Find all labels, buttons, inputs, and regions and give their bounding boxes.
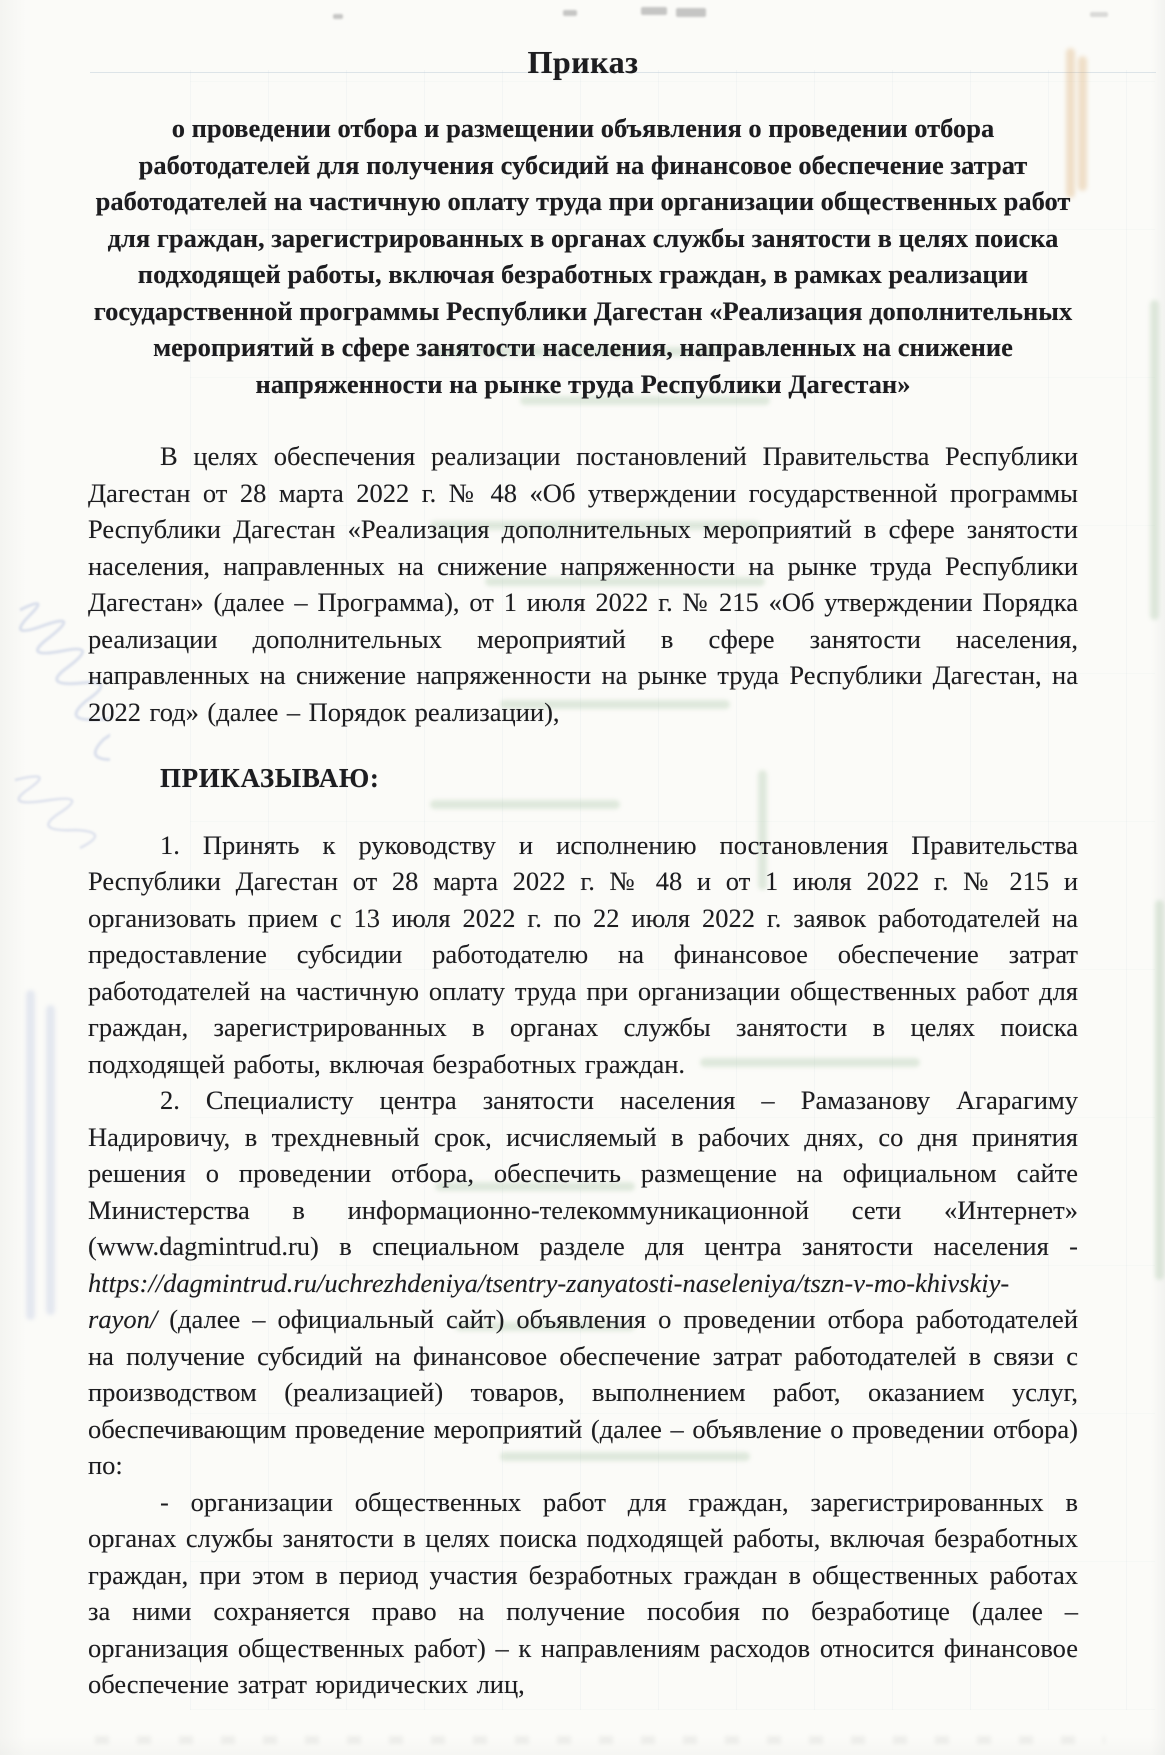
order-item-2-tail: (далее – официальный сайт) объявления о … — [88, 1304, 1078, 1480]
bleed-text-smudge — [1155, 900, 1164, 1280]
ink-smudge — [563, 10, 577, 16]
bleed-text-smudge-blue — [26, 990, 35, 1320]
order-item-1: 1. Принять к руководству и исполнению по… — [88, 827, 1078, 1083]
resolution-heading: ПРИКАЗЫВАЮ: — [88, 760, 1078, 797]
document-content: Приказ о проведении отбора и размещении … — [88, 42, 1078, 1703]
intro-paragraph: В целях обеспечения реализации постановл… — [88, 438, 1078, 730]
bleed-text-smudge-orange — [1078, 56, 1087, 191]
ink-smudge — [676, 8, 706, 17]
bleed-text-smudge-blue — [46, 1005, 55, 1315]
document-subject: о проведении отбора и размещении объявле… — [88, 110, 1078, 402]
document-title: Приказ — [88, 42, 1078, 82]
order-item-2-text: 2. Специалисту центра занятости населени… — [88, 1085, 1078, 1261]
ink-smudge — [1090, 12, 1108, 17]
ink-smudge — [641, 7, 667, 15]
ink-smudge — [333, 14, 343, 19]
bullet-paragraph: - организации общественных работ для гра… — [88, 1484, 1078, 1703]
order-item-2: 2. Специалисту центра занятости населени… — [88, 1082, 1078, 1484]
bleed-text-smudge — [1150, 300, 1159, 620]
scanned-document-page: Приказ о проведении отбора и размещении … — [0, 0, 1165, 1755]
bottom-smudge-row — [95, 1736, 1105, 1744]
